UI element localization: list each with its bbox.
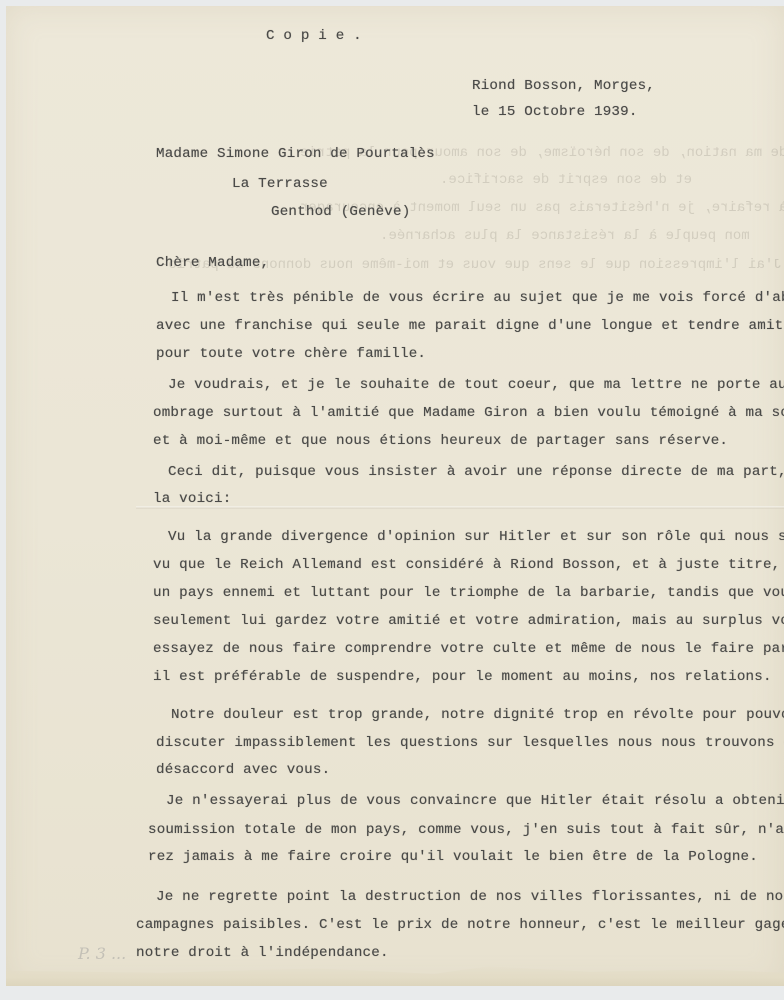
body-line: la voici: xyxy=(153,491,231,507)
letter-date: le 15 Octobre 1939. xyxy=(472,104,638,120)
body-line: campagnes paisibles. C'est le prix de no… xyxy=(136,917,784,933)
body-line: il est préférable de suspendre, pour le … xyxy=(153,669,772,685)
body-line: avec une franchise qui seule me parait d… xyxy=(156,318,784,334)
recipient-residence: La Terrasse xyxy=(232,176,328,192)
body-line: soumission totale de mon pays, comme vou… xyxy=(148,822,784,838)
recipient-town: Genthod (Genève) xyxy=(271,204,410,220)
body-line: seulement lui gardez votre amitié et vot… xyxy=(153,613,784,629)
body-line: Vu la grande divergence d'opinion sur Hi… xyxy=(168,529,784,545)
body-line: un pays ennemi et luttant pour le triomp… xyxy=(153,585,784,601)
body-line: Je ne regrette point la destruction de n… xyxy=(156,889,784,905)
body-line: désaccord avec vous. xyxy=(156,762,330,778)
salutation: Chère Madame, xyxy=(156,255,269,271)
bleed-through-line: mon peuple à la résistance la plus achar… xyxy=(380,228,750,244)
body-line: Je n'essayerai plus de vous convaincre q… xyxy=(166,793,784,809)
body-line: essayez de nous faire comprendre votre c… xyxy=(153,641,784,657)
body-line: Je voudrais, et je le souhaite de tout c… xyxy=(168,377,784,393)
paper-fold-crease xyxy=(136,506,784,509)
bleed-through-line: et de son esprit de sacrifice. xyxy=(440,172,692,188)
body-line: Ceci dit, puisque vous insister à avoir … xyxy=(168,464,784,480)
sender-address: Riond Bosson, Morges, xyxy=(472,78,655,94)
body-line: Il m'est très pénible de vous écrire au … xyxy=(171,290,784,306)
body-line: rez jamais à me faire croire qu'il voula… xyxy=(148,849,758,865)
body-line: notre droit à l'indépendance. xyxy=(136,945,389,961)
body-line: Notre douleur est trop grande, notre dig… xyxy=(171,707,784,723)
body-line: discuter impassiblement les questions su… xyxy=(156,735,784,751)
body-line: vu que le Reich Allemand est considéré à… xyxy=(153,557,784,573)
body-line: pour toute votre chère famille. xyxy=(156,346,426,362)
copy-header: C o p i e . xyxy=(266,28,362,44)
recipient-name: Madame Simone Giron de Pourtalès xyxy=(156,146,435,162)
body-line: ombrage surtout à l'amitié que Madame Gi… xyxy=(153,405,784,421)
pencil-annotation: P. 3 ... xyxy=(78,944,126,963)
body-line: et à moi-même et que nous étions heureux… xyxy=(153,433,728,449)
